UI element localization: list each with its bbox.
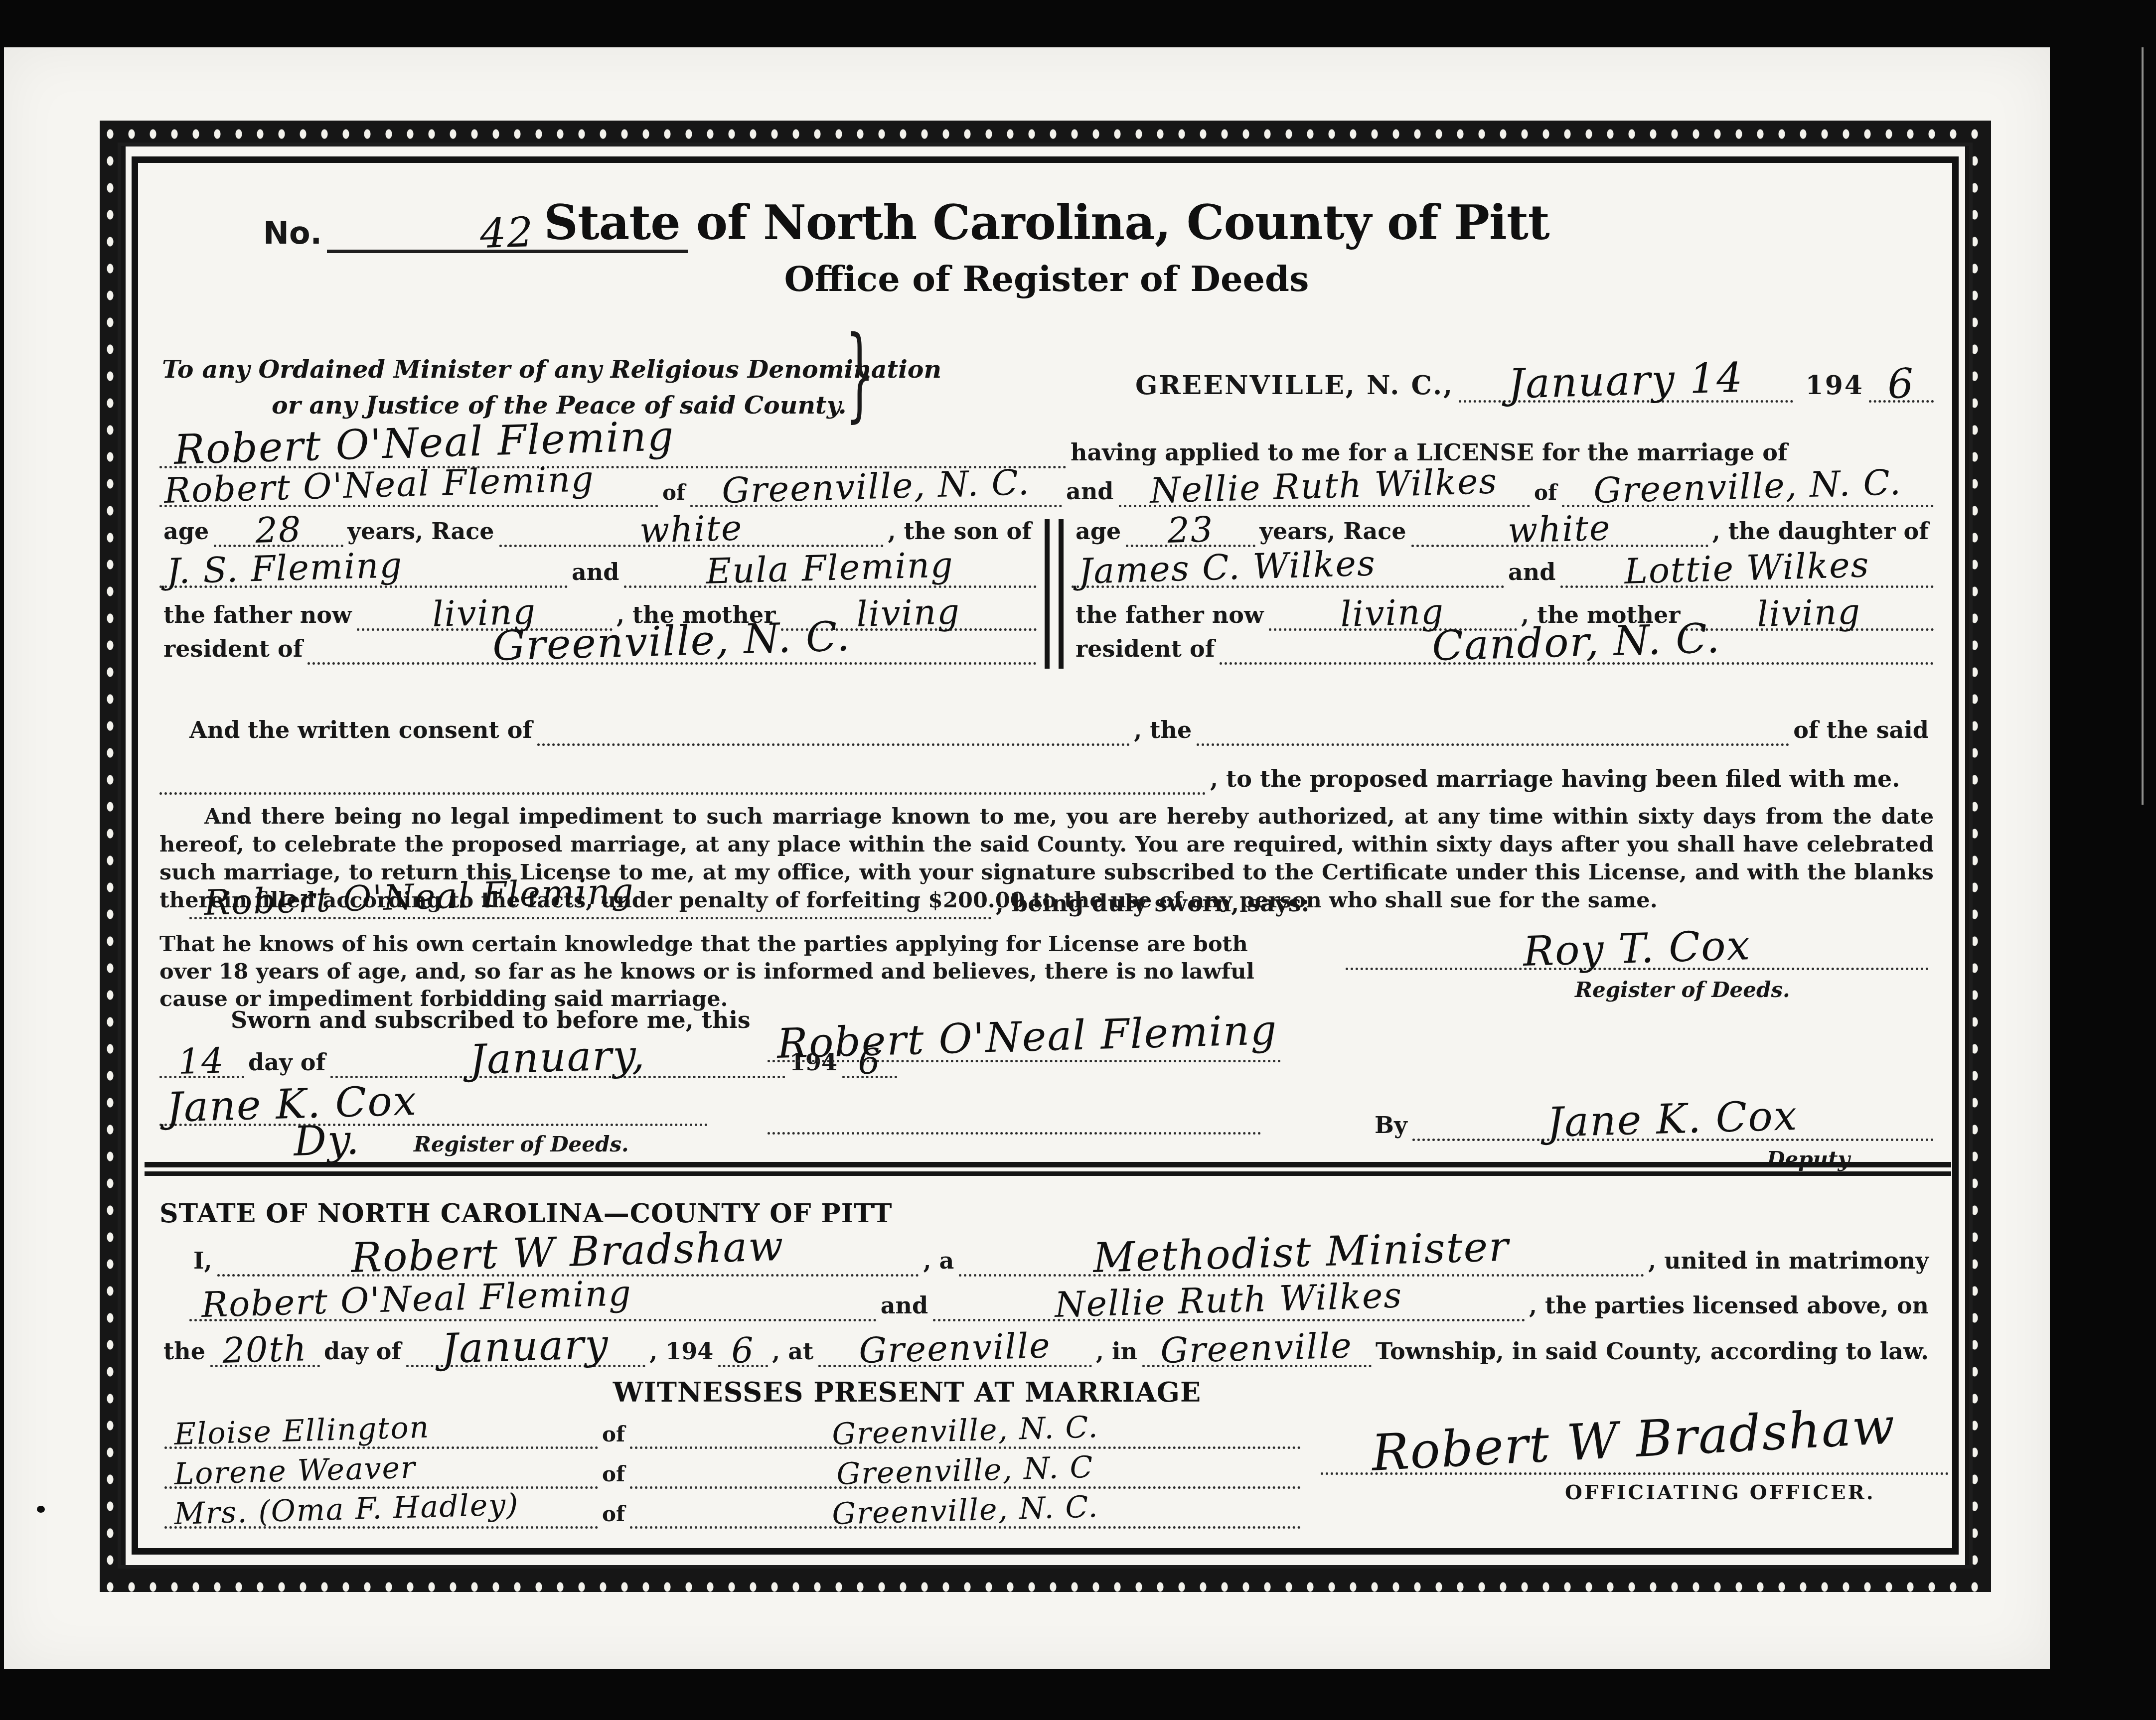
groom-residence-line2: Greenville, N. C. (308, 632, 1037, 665)
bride-race-handwritten: white (1508, 515, 1611, 543)
witness1-name-handwritten: Eloise Ellington (174, 1417, 430, 1445)
witness3-name-line: Mrs. (Oma F. Hadley) (164, 1504, 598, 1529)
witness2-residence-handwritten: Greenville, N. C (836, 1457, 1094, 1486)
certificate-day-handwritten: 20th (222, 1336, 308, 1363)
affidavit-body: That he knows of his own certain knowled… (159, 931, 1301, 1013)
witness3-residence-line: Greenville, N. C. (630, 1504, 1301, 1529)
subscription-day-handwritten: 14 (178, 1048, 225, 1074)
certificate-i-label: I, (189, 1248, 217, 1277)
consent-the-label: , the (1130, 717, 1197, 746)
certificate-the-label: the (159, 1339, 210, 1367)
witness3-of-label: of (598, 1503, 630, 1529)
groom-age-row: age 28 years, Race white , the son of (159, 504, 1037, 547)
parties-of1-label: of (658, 481, 690, 507)
consent-row1: And the written consent of , the of the … (159, 705, 1934, 746)
consent-suffix: of the said (1789, 717, 1934, 746)
officiant-signature-line: Robert W Bradshaw (1321, 1435, 1949, 1475)
consent-name-line (537, 743, 1130, 746)
affiant-row: Robert O'Neal Fleming , being duly sworn… (189, 874, 1236, 919)
document-subtitle: Office of Register of Deeds (159, 258, 1934, 299)
certificate-bride-line: Nellie Ruth Wilkes (933, 1292, 1525, 1321)
bride-residence-row: resident of Candor, N. C. (1072, 622, 1934, 665)
witness2-name-handwritten: Lorene Weaver (174, 1457, 417, 1485)
groom-race-handwritten: white (639, 515, 743, 543)
groom-residence-handwritten2: Greenville, N. C. (492, 622, 851, 661)
by-signature-handwritten: Jane K. Cox (1547, 1101, 1798, 1138)
dateline-date-line: January 14 (1459, 370, 1793, 403)
witness1-residence-handwritten: Greenville, N. C. (831, 1417, 1098, 1445)
certificate-day-line: 20th (210, 1338, 320, 1367)
certificate-day-of-label: day of (320, 1339, 406, 1367)
dateline-year-handwritten: 6 (1887, 369, 1915, 400)
by-label: By (1371, 1113, 1412, 1141)
bride-parents-row: James C. Wilkes and Lottie Wilkes (1072, 544, 1934, 588)
bride-name-line: Nellie Ruth Wilkes (1119, 478, 1530, 507)
sworn-says-label: , being duly sworn, says: (992, 891, 1315, 919)
subscription-month-line: January, (330, 1045, 785, 1078)
groom-age-line: 28 (214, 518, 343, 547)
scan-scratch-artifact (2142, 47, 2144, 805)
certificate-parties-row: Robert O'Neal Fleming and Nellie Ruth Wi… (189, 1274, 1934, 1321)
subscription-month-handwritten: January, (469, 1040, 645, 1075)
officiant-title-handwritten: Methodist Minister (1092, 1232, 1510, 1273)
officiating-officer-label: OFFICIATING OFFICER. (1565, 1481, 1875, 1504)
parties-of2-label: of (1530, 481, 1562, 507)
notary-signature-row: Jane K. Cox (159, 1076, 708, 1126)
certificate-bride-handwritten: Nellie Ruth Wilkes (1055, 1283, 1403, 1318)
officiant-name-handwritten: Robert W Bradshaw (351, 1232, 785, 1273)
addressee-line2: or any Justice of the Peace of said Coun… (272, 391, 847, 420)
bride-race-line: white (1411, 518, 1708, 547)
bride-years-race-label: years, Race (1255, 519, 1411, 547)
parties-row: Robert O'Neal Fleming of Greenville, N. … (159, 457, 1934, 507)
certificate-township-handwritten: Greenville (1160, 1333, 1353, 1363)
column-divider (1045, 519, 1064, 669)
bride-age-label: age (1072, 519, 1126, 547)
certificate-parties-label: , the parties licensed above, on (1525, 1293, 1934, 1321)
groom-years-race-label: years, Race (343, 519, 499, 547)
witness-row-1: Eloise Ellington of Greenville, N. C. (164, 1405, 1301, 1449)
bride-daughter-of-label: , the daughter of (1708, 519, 1934, 547)
by-signature-line: Jane K. Cox (1412, 1108, 1934, 1141)
bride-residence-handwritten: Greenville, N. C. (1593, 470, 1902, 504)
certificate-month-line: January (406, 1334, 645, 1367)
certificate-groom-line: Robert O'Neal Fleming (189, 1292, 877, 1321)
groom-son-of-label: , the son of (884, 519, 1037, 547)
certificate-date-row: the 20th day of January , 194 6 , at Gre… (159, 1319, 1934, 1367)
scanned-marriage-license: No. 42 State of North Carolina, County o… (0, 0, 2156, 1720)
groom-father-handwritten: J. S. Fleming (166, 553, 403, 584)
groom-name-handwritten: Robert O'Neal Fleming (164, 466, 595, 503)
consent-filed-text: , to the proposed marriage having been f… (1206, 766, 1905, 795)
consent-relation-line (1197, 743, 1789, 746)
sworn-subscribed-label: Sworn and subscribed to before me, this (227, 1007, 756, 1036)
register-title-label: Register of Deeds. (1575, 978, 1790, 1002)
groom-residence-line: Greenville, N. C. (690, 478, 1062, 507)
certificate-township-line: Greenville (1142, 1338, 1372, 1367)
register-signature-row: Roy T. Cox (1346, 919, 1929, 970)
scan-ink-speck (37, 1506, 45, 1513)
bride-parents-and-label: and (1504, 560, 1560, 588)
consent-blank-line (159, 792, 1206, 795)
by-deputy-row: By Jane K. Cox (1371, 1076, 1934, 1141)
groom-mother-line: Eula Fleming (624, 559, 1037, 588)
groom-age-handwritten: 28 (255, 517, 302, 543)
bride-mother-line: Lottie Wilkes (1560, 559, 1934, 588)
dateline-place: GREENVILLE, N. C., (1131, 371, 1459, 403)
consent-row2: , to the proposed marriage having been f… (159, 755, 1934, 795)
certificate-groom-handwritten: Robert O'Neal Fleming (201, 1281, 632, 1317)
groom-name-line: Robert O'Neal Fleming (159, 478, 658, 507)
bride-father-handwritten: James C. Wilkes (1078, 551, 1377, 584)
bride-age-row: age 23 years, Race white , the daughter … (1072, 504, 1934, 547)
subscription-day-line: 14 (159, 1049, 244, 1078)
notary-signature-handwritten: Jane K. Cox (166, 1086, 417, 1123)
certificate-township-label: Township, in said County, according to l… (1372, 1339, 1934, 1367)
officiant-title-line: Methodist Minister (959, 1244, 1644, 1277)
officiant-name-line: Robert W Bradshaw (217, 1244, 920, 1277)
bride-father-line: James C. Wilkes (1072, 559, 1504, 588)
dateline-date-handwritten: January 14 (1508, 363, 1744, 399)
groom-residence-handwritten: Greenville, N. C. (721, 470, 1030, 504)
dateline-year-printed: 194 (1793, 371, 1869, 403)
bride-resident-label: resident of (1072, 636, 1220, 665)
applicant-signature-handwritten: Robert O'Neal Fleming (776, 1015, 1278, 1059)
bride-residence-line: Greenville, N. C. (1562, 478, 1934, 507)
witness3-residence-handwritten: Greenville, N. C. (831, 1496, 1098, 1525)
dateline-row: GREENVILLE, N. C., January 14 194 6 (1131, 349, 1934, 403)
groom-resident-label: resident of (159, 636, 308, 665)
bride-age-line: 23 (1126, 518, 1255, 547)
bride-residence-handwritten2: Candor, N. C. (1432, 624, 1721, 661)
groom-age-label: age (159, 519, 214, 547)
witness-row-3: Mrs. (Oma F. Hadley) of Greenville, N. C… (164, 1485, 1301, 1529)
subscription-register-title: Register of Deeds. (414, 1132, 629, 1156)
subscription-day-of-label: day of (244, 1050, 330, 1078)
document-title: State of North Carolina, County of Pitt (159, 195, 1934, 251)
witness-row-2: Lorene Weaver of Greenville, N. C (164, 1445, 1301, 1489)
bride-name-handwritten: Nellie Ruth Wilkes (1150, 469, 1498, 504)
bride-age-handwritten: 23 (1167, 517, 1214, 543)
groom-race-line: white (499, 518, 884, 547)
dateline-year-line: 6 (1869, 370, 1934, 403)
groom-mother-handwritten: Eula Fleming (706, 552, 954, 584)
register-signature-handwritten: Roy T. Cox (1523, 931, 1751, 967)
groom-residence-row: resident of Greenville, N. C. (159, 622, 1037, 665)
notary-signature-line: Jane K. Cox (159, 1093, 708, 1126)
groom-parents-row: J. S. Fleming and Eula Fleming (159, 544, 1037, 588)
certificate-year-handwritten: 6 (731, 1338, 755, 1364)
certificate-year-printed: , 194 (645, 1339, 718, 1367)
certificate-a-label: , a (919, 1248, 959, 1277)
certificate-place-line: Greenville (818, 1338, 1092, 1367)
certificate-place-handwritten: Greenville (859, 1333, 1052, 1363)
addressee-brace: } (845, 323, 875, 425)
certificate-in-label: , in (1092, 1339, 1142, 1367)
deputy-abbrev-wrap: Dy. (294, 1127, 360, 1157)
officiant-signature-row: Robert W Bradshaw (1321, 1400, 1949, 1475)
applicant-signature-row: Robert O'Neal Fleming (768, 1002, 1281, 1062)
blank-dotted-line (768, 1102, 1261, 1135)
consent-prefix: And the written consent of (159, 717, 537, 746)
section-divider-rule (145, 1162, 1951, 1176)
applicant-signature-line: Robert O'Neal Fleming (768, 1029, 1281, 1062)
affiant-name-handwritten: Robert O'Neal Fleming (204, 878, 635, 915)
parties-and-label: and (1062, 479, 1118, 507)
officiant-signature-handwritten: Robert W Bradshaw (1371, 1408, 1896, 1471)
certificate-at-label: , at (768, 1339, 818, 1367)
affiant-line: Robert O'Neal Fleming (189, 890, 992, 919)
groom-father-line: J. S. Fleming (159, 559, 568, 588)
groom-parents-and-label: and (568, 560, 624, 588)
bride-residence-line2: Candor, N. C. (1220, 632, 1934, 665)
bride-mother-handwritten: Lottie Wilkes (1624, 552, 1869, 584)
witness3-name-handwritten: Mrs. (Oma F. Hadley) (174, 1494, 519, 1526)
addressee-line1: To any Ordained Minister of any Religiou… (162, 355, 941, 384)
certificate-year-line: 6 (718, 1338, 768, 1367)
certificate-united-label: , united in matrimony (1644, 1248, 1934, 1277)
certificate-and-label: and (877, 1293, 933, 1321)
certificate-month-handwritten: January (442, 1330, 610, 1364)
register-signature-line: Roy T. Cox (1346, 937, 1929, 970)
deputy-abbrev-handwritten: Dy. (293, 1125, 360, 1156)
certificate-officiant-row: I, Robert W Bradshaw , a Methodist Minis… (189, 1227, 1934, 1277)
